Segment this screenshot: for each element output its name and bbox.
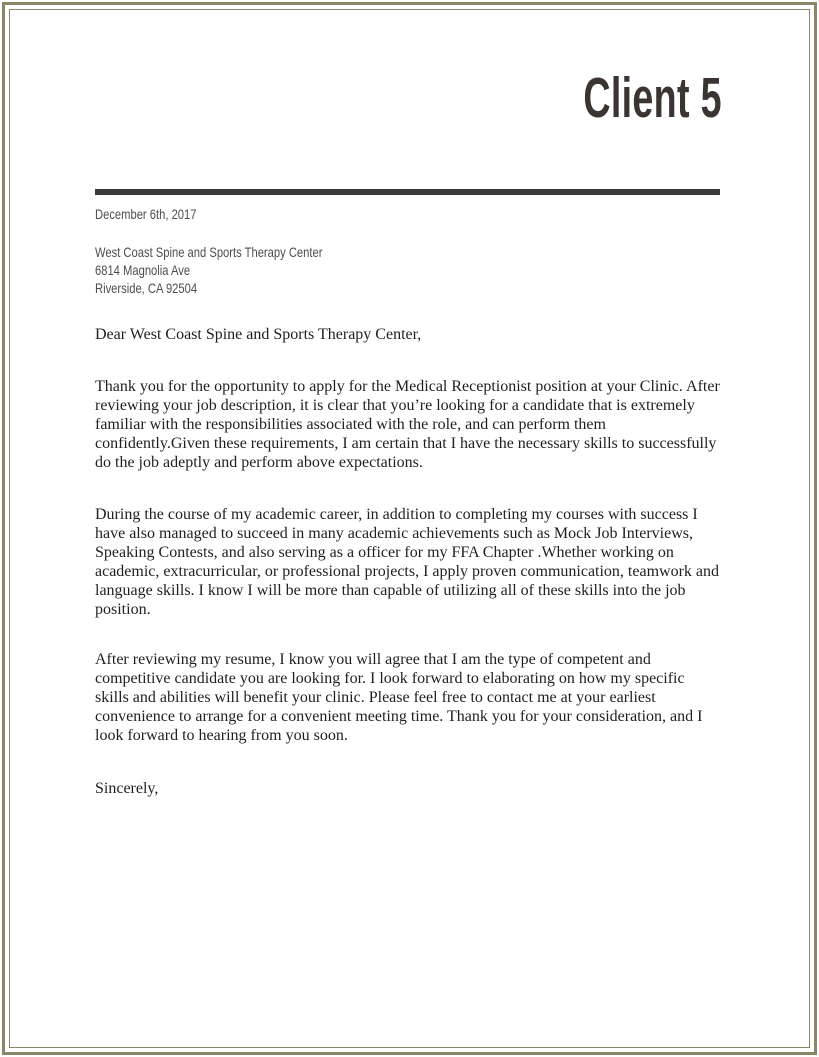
page-title-text: Client 5	[583, 70, 722, 127]
letter-date: December 6th, 2017	[95, 205, 222, 223]
body-paragraph: After reviewing my resume, I know you wi…	[95, 650, 722, 745]
body-paragraph: During the course of my academic career,…	[95, 505, 722, 619]
header-divider	[95, 189, 720, 195]
closing: Sincerely,	[95, 779, 722, 798]
salutation: Dear West Coast Spine and Sports Therapy…	[95, 325, 722, 344]
address-line-name: West Coast Spine and Sports Therapy Cent…	[95, 243, 379, 261]
address-line-city: Riverside, CA 92504	[95, 279, 379, 297]
address-line-street: 6814 Magnolia Ave	[95, 261, 379, 279]
page-title: Client 5	[95, 70, 722, 127]
body-paragraph: Thank you for the opportunity to apply f…	[95, 377, 722, 472]
recipient-address: West Coast Spine and Sports Therapy Cent…	[95, 243, 379, 297]
letter-content: Client 5 December 6th, 2017 West Coast S…	[95, 0, 722, 1057]
letter-page: Client 5 December 6th, 2017 West Coast S…	[0, 0, 819, 1057]
